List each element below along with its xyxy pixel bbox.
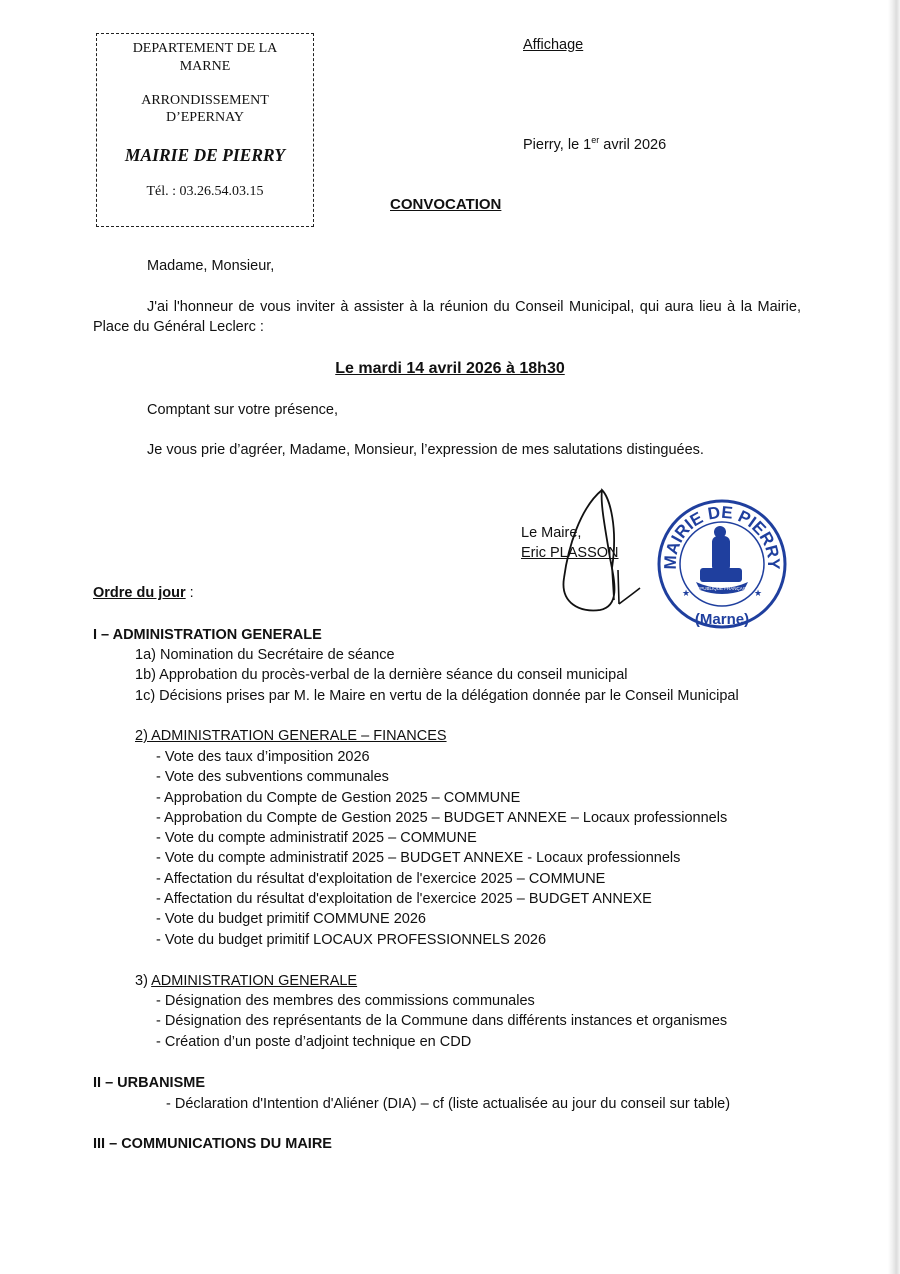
- document-title: CONVOCATION: [390, 196, 501, 213]
- letterhead-box: DEPARTEMENT DE LA MARNE ARRONDISSEMENT D…: [96, 33, 314, 227]
- agenda-item: - Vote du budget primitif LOCAUX PROFESS…: [156, 930, 727, 950]
- salutation: Madame, Monsieur,: [147, 258, 274, 274]
- date-suffix: avril 2026: [599, 137, 666, 153]
- agenda-item: - Vote du compte administratif 2025 – CO…: [156, 828, 727, 848]
- section-2-title: II – URBANISME: [93, 1075, 205, 1091]
- section-1-title: I – ADMINISTRATION GENERALE: [93, 627, 322, 643]
- agenda-label: Ordre du jour :: [93, 585, 194, 601]
- section-2-items: - Déclaration d'Intention d'Aliéner (DIA…: [166, 1094, 730, 1114]
- department-name: MARNE: [97, 59, 313, 75]
- telephone: Tél. : 03.26.54.03.15: [97, 184, 313, 200]
- agenda-item: - Vote des subventions communales: [156, 767, 727, 787]
- agenda-item: - Affectation du résultat d'exploitation…: [156, 889, 727, 909]
- department-line: DEPARTEMENT DE LA: [97, 41, 313, 57]
- comptant-line: Comptant sur votre présence,: [147, 402, 338, 418]
- affichage-label: Affichage: [523, 37, 583, 53]
- handwritten-signature: [540, 488, 650, 618]
- agenda-item: - Approbation du Compte de Gestion 2025 …: [156, 808, 727, 828]
- agenda-item: - Vote des taux d’imposition 2026: [156, 747, 727, 767]
- date-prefix: Pierry, le 1: [523, 137, 591, 153]
- agenda-item: 1c) Décisions prises par M. le Maire en …: [135, 686, 739, 706]
- svg-text:(Marne): (Marne): [695, 611, 749, 628]
- agenda-item: - Désignation des membres des commission…: [156, 991, 727, 1011]
- subsection-3-title: 3) ADMINISTRATION GENERALE: [135, 973, 357, 989]
- agenda-item: - Désignation des représentants de la Co…: [156, 1011, 727, 1031]
- arrondissement-name: D’EPERNAY: [97, 110, 313, 126]
- agenda-item: - Création d’un poste d’adjoint techniqu…: [156, 1032, 727, 1052]
- subsection-2-title: 2) ADMINISTRATION GENERALE – FINANCES: [135, 728, 447, 744]
- agenda-item: 1b) Approbation du procès-verbal de la d…: [135, 665, 739, 685]
- invitation-paragraph: J'ai l'honneur de vous inviter à assiste…: [93, 297, 801, 337]
- subsection-3-number: 3): [135, 973, 151, 989]
- subsection-2-items: - Vote des taux d’imposition 2026 - Vote…: [156, 747, 727, 950]
- section-1-items: 1a) Nomination du Secrétaire de séance 1…: [135, 645, 739, 706]
- agenda-item: - Affectation du résultat d'exploitation…: [156, 869, 727, 889]
- svg-text:★: ★: [682, 588, 690, 598]
- official-stamp: MAIRIE DE PIERRY REPUBLIQUE FRANÇAISE ★ …: [656, 498, 788, 630]
- agenda-label-text: Ordre du jour: [93, 585, 186, 601]
- agenda-item: 1a) Nomination du Secrétaire de séance: [135, 645, 739, 665]
- letter-date: Pierry, le 1er avril 2026: [523, 135, 666, 153]
- svg-text:★: ★: [754, 588, 762, 598]
- svg-text:REPUBLIQUE FRANÇAISE: REPUBLIQUE FRANÇAISE: [694, 586, 750, 591]
- agenda-item: - Approbation du Compte de Gestion 2025 …: [156, 788, 727, 808]
- agenda-item: - Déclaration d'Intention d'Aliéner (DIA…: [166, 1094, 730, 1114]
- agenda-item: - Vote du compte administratif 2025 – BU…: [156, 848, 727, 868]
- closing-line: Je vous prie d’agréer, Madame, Monsieur,…: [147, 442, 704, 458]
- arrondissement-line: ARRONDISSEMENT: [97, 93, 313, 109]
- agenda-label-colon: :: [186, 585, 194, 601]
- subsection-3-label: ADMINISTRATION GENERALE: [151, 973, 357, 989]
- agenda-item: - Vote du budget primitif COMMUNE 2026: [156, 909, 727, 929]
- section-3-title: III – COMMUNICATIONS DU MAIRE: [93, 1136, 332, 1152]
- mairie-name: MAIRIE DE PIERRY: [97, 145, 313, 166]
- scan-page-edge: [888, 0, 900, 1274]
- subsection-3-items: - Désignation des membres des commission…: [156, 991, 727, 1052]
- meeting-date: Le mardi 14 avril 2026 à 18h30: [0, 360, 900, 378]
